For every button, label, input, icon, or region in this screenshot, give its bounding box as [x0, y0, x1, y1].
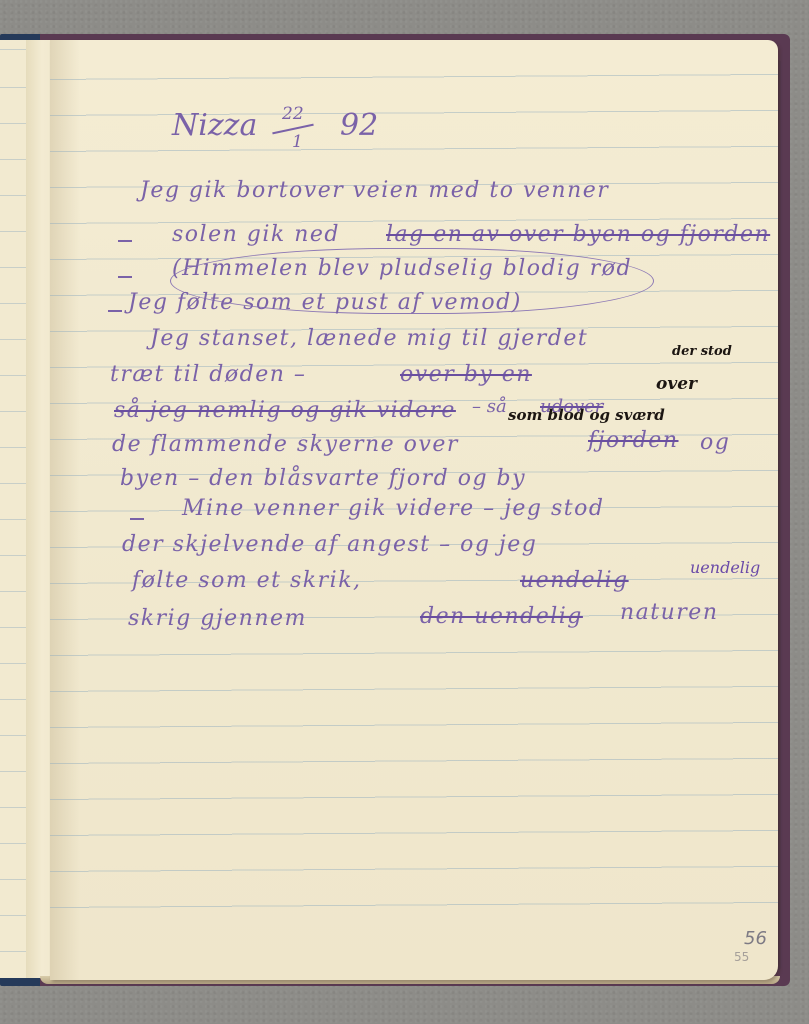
text-line-3: (Himmelen blev pludselig blodig rød	[172, 256, 632, 281]
struck-text-line-7: så jeg nemlig og gik videre	[114, 398, 456, 423]
page-number-old: 55	[734, 950, 749, 964]
text-line-10: Mine venner gik videre – jeg stod	[182, 496, 604, 521]
text-line-2: solen gik ned	[172, 222, 340, 247]
text-line-5: Jeg stanset, lænede mig til gjerdet	[150, 326, 588, 351]
text-line-12: følte som et skrik,	[132, 568, 362, 593]
text-line-11: der skjelvende af angest – og jeg	[122, 532, 537, 557]
heading-day: 22	[282, 104, 304, 124]
revision-som-blod: som blod og sværd	[508, 406, 665, 424]
text-line-7-after: – så	[472, 396, 507, 417]
struck-text-line-12: uendelig	[520, 568, 629, 593]
left-page	[0, 40, 27, 978]
text-line-1: Jeg gik bortover veien med to venner	[140, 178, 609, 203]
struck-text-line-2: lag en av over byen og fjorden	[386, 222, 770, 247]
text-line-9: byen – den blåsvarte fjord og by	[120, 466, 526, 491]
struck-text-line-13: den uendelig	[420, 604, 583, 629]
line-dash	[118, 240, 132, 242]
text-line-8-after: og	[700, 430, 730, 455]
line-dash	[108, 310, 122, 312]
line-dash	[130, 518, 144, 520]
heading-month: 1	[292, 132, 303, 152]
struck-text-line-6: over by en	[400, 362, 532, 387]
page-number: 56	[744, 928, 767, 949]
text-line-6: træt til døden –	[110, 362, 306, 387]
struck-text-line-8: fjorden	[588, 428, 679, 453]
text-line-13: skrig gjennem	[128, 606, 307, 631]
heading-place: Nizza	[172, 108, 257, 143]
line-dash	[118, 276, 132, 278]
heading-year: 92	[340, 108, 378, 143]
text-line-13-after: naturen	[620, 600, 719, 625]
text-line-4: Jeg følte som et pust af vemod)	[128, 290, 522, 315]
revision-der-stod: der stod	[672, 344, 732, 359]
revision-over: over	[656, 374, 697, 394]
text-line-12-after: uendelig	[690, 558, 760, 577]
text-line-8: de flammende skyerne over	[112, 432, 459, 457]
